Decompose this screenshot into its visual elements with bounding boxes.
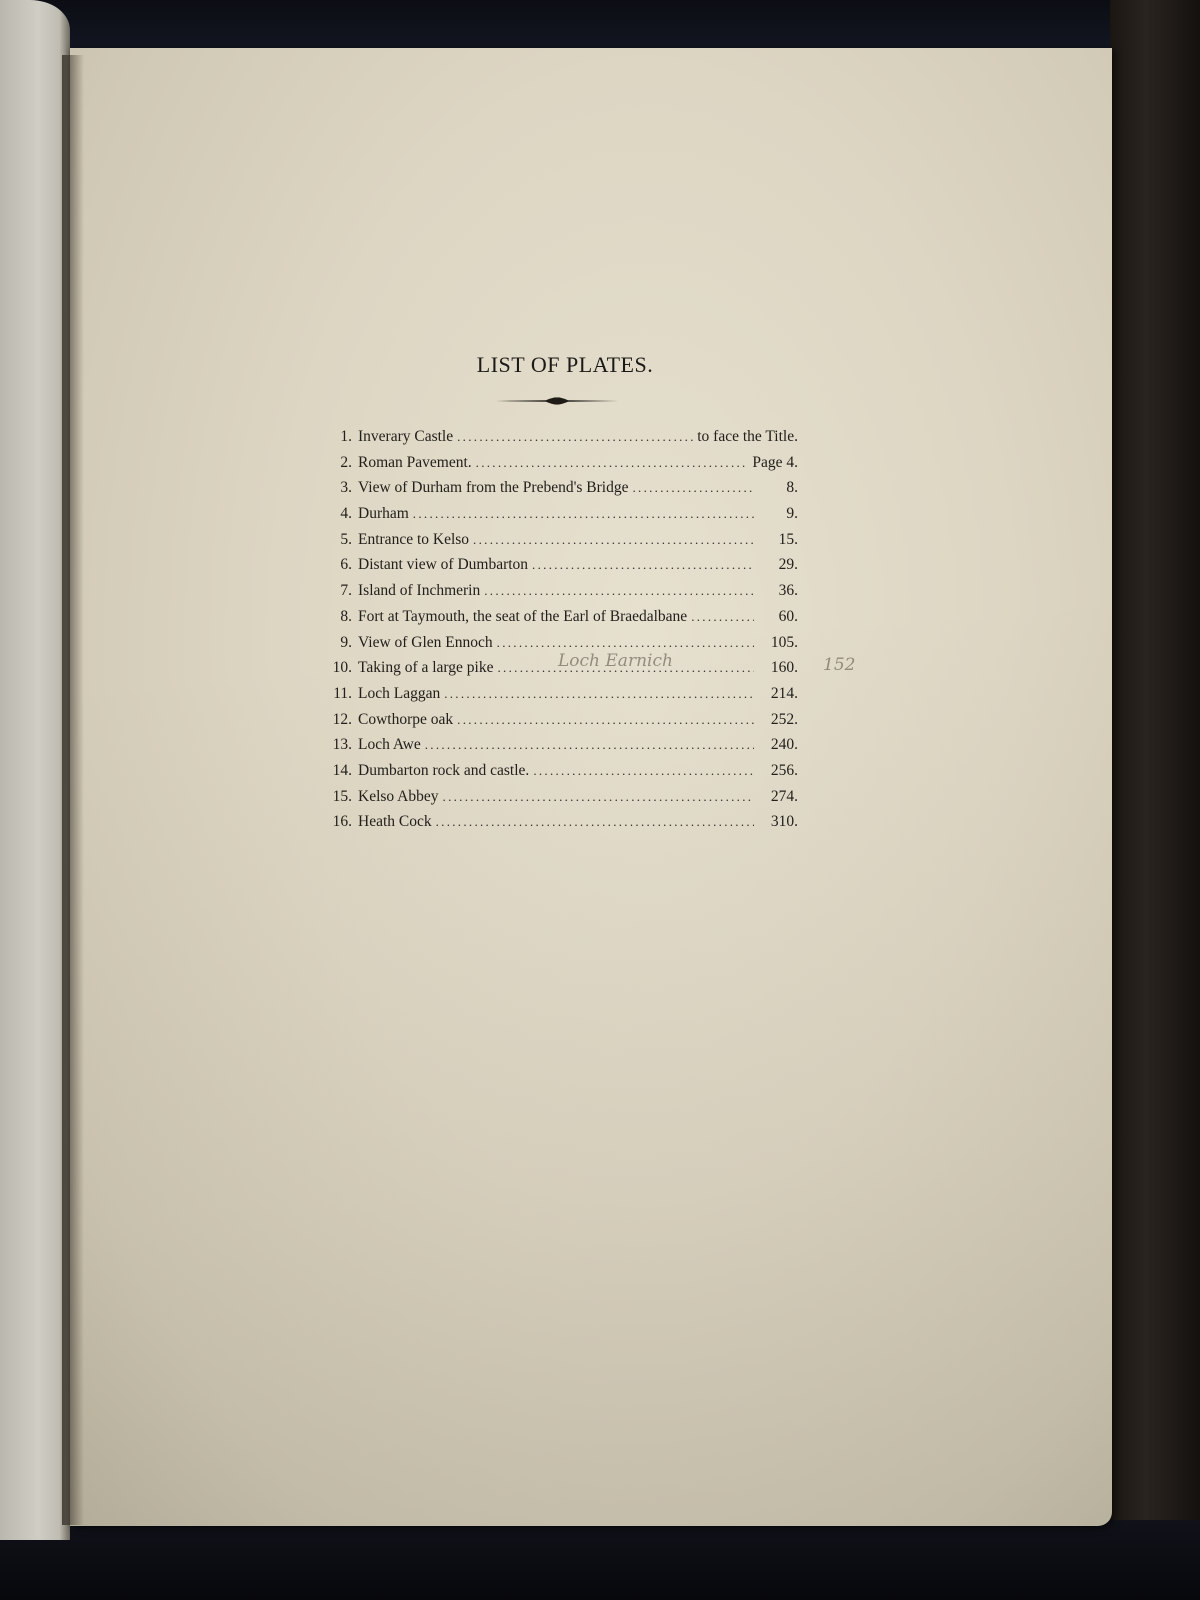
list-item: 8. Fort at Taymouth, the seat of the Ear… xyxy=(318,604,798,630)
list-item: 13. Loch Awe 240. xyxy=(318,732,798,758)
list-item: 6. Distant view of Dumbarton 29. xyxy=(318,552,798,578)
plates-list: 1. Inverary Castle to face the Title. 2.… xyxy=(318,424,798,835)
entry-title: Distant view of Dumbarton xyxy=(358,552,528,578)
entry-page: 15. xyxy=(758,527,798,553)
entry-number: 2. xyxy=(318,450,358,476)
list-item: 15. Kelso Abbey 274. xyxy=(318,784,798,810)
entry-title: Kelso Abbey xyxy=(358,784,439,810)
entry-page: 214. xyxy=(758,681,798,707)
background-bottom xyxy=(0,1520,1200,1600)
entry-number: 12. xyxy=(318,707,358,733)
list-item: 10. Taking of a large pike 160. Loch Ear… xyxy=(318,655,798,681)
entry-number: 16. xyxy=(318,809,358,835)
entry-page: to face the Title. xyxy=(697,424,798,450)
entry-number: 6. xyxy=(318,552,358,578)
leader-dots xyxy=(425,732,754,758)
list-item: 12. Cowthorpe oak 252. xyxy=(318,707,798,733)
leader-dots xyxy=(413,501,754,527)
gutter-shadow xyxy=(62,55,84,1525)
list-item: 5. Entrance to Kelso 15. xyxy=(318,527,798,553)
list-item: 7. Island of Inchmerin 36. xyxy=(318,578,798,604)
list-item: 1. Inverary Castle to face the Title. xyxy=(318,424,798,450)
entry-number: 7. xyxy=(318,578,358,604)
entry-number: 11. xyxy=(318,681,358,707)
entry-page: 60. xyxy=(758,604,798,630)
entry-page: 274. xyxy=(758,784,798,810)
entry-page: 256. xyxy=(758,758,798,784)
leader-dots xyxy=(691,604,754,630)
leader-dots xyxy=(457,707,754,733)
leader-dots xyxy=(473,527,754,553)
entry-page: 252. xyxy=(758,707,798,733)
entry-title: Island of Inchmerin xyxy=(358,578,480,604)
handwritten-margin-note: 152 xyxy=(823,653,855,679)
entry-page: 29. xyxy=(758,552,798,578)
entry-number: 1. xyxy=(318,424,358,450)
entry-page: 8. xyxy=(758,475,798,501)
entry-title: Taking of a large pike xyxy=(358,655,494,681)
entry-title: View of Durham from the Prebend's Bridge xyxy=(358,475,628,501)
leader-dots xyxy=(444,681,754,707)
entry-number: 10. xyxy=(318,655,358,681)
leader-dots xyxy=(476,450,749,476)
entry-page: 240. xyxy=(758,732,798,758)
entry-title: Durham xyxy=(358,501,409,527)
list-item: 2. Roman Pavement. Page 4. xyxy=(318,450,798,476)
entry-title: Loch Laggan xyxy=(358,681,440,707)
entry-number: 9. xyxy=(318,630,358,656)
leader-dots xyxy=(443,784,754,810)
leader-dots xyxy=(436,809,754,835)
list-item: 14. Dumbarton rock and castle. 256. xyxy=(318,758,798,784)
entry-page: 105. xyxy=(758,630,798,656)
entry-page: 160. xyxy=(758,655,798,681)
entry-title: Entrance to Kelso xyxy=(358,527,469,553)
entry-title: Fort at Taymouth, the seat of the Earl o… xyxy=(358,604,687,630)
leader-dots xyxy=(632,475,754,501)
leader-dots xyxy=(457,424,693,450)
page-title: LIST OF PLATES. xyxy=(0,352,1130,378)
entry-number: 4. xyxy=(318,501,358,527)
entry-number: 15. xyxy=(318,784,358,810)
leader-dots xyxy=(533,758,754,784)
entry-number: 13. xyxy=(318,732,358,758)
entry-title: Loch Awe xyxy=(358,732,421,758)
list-item: 4. Durham 9. xyxy=(318,501,798,527)
entry-title: Dumbarton rock and castle. xyxy=(358,758,529,784)
list-item: 11. Loch Laggan 214. xyxy=(318,681,798,707)
left-page-edge xyxy=(0,0,70,1540)
entry-title: Roman Pavement. xyxy=(358,450,472,476)
entry-number: 8. xyxy=(318,604,358,630)
entry-title: Heath Cock xyxy=(358,809,432,835)
entry-number: 5. xyxy=(318,527,358,553)
ornament-rule-icon xyxy=(496,394,618,408)
background-right xyxy=(1110,0,1200,1600)
leader-dots xyxy=(484,578,754,604)
entry-page: 310. xyxy=(758,809,798,835)
entry-number: 3. xyxy=(318,475,358,501)
entry-title: Cowthorpe oak xyxy=(358,707,453,733)
handwritten-annotation: Loch Earnich xyxy=(558,649,673,675)
entry-page: 9. xyxy=(758,501,798,527)
entry-page: 36. xyxy=(758,578,798,604)
entry-title: Inverary Castle xyxy=(358,424,453,450)
entry-title: View of Glen Ennoch xyxy=(358,630,493,656)
leader-dots xyxy=(532,552,754,578)
entry-page: Page 4. xyxy=(752,450,798,476)
list-item: 3. View of Durham from the Prebend's Bri… xyxy=(318,475,798,501)
list-item: 16. Heath Cock 310. xyxy=(318,809,798,835)
entry-number: 14. xyxy=(318,758,358,784)
